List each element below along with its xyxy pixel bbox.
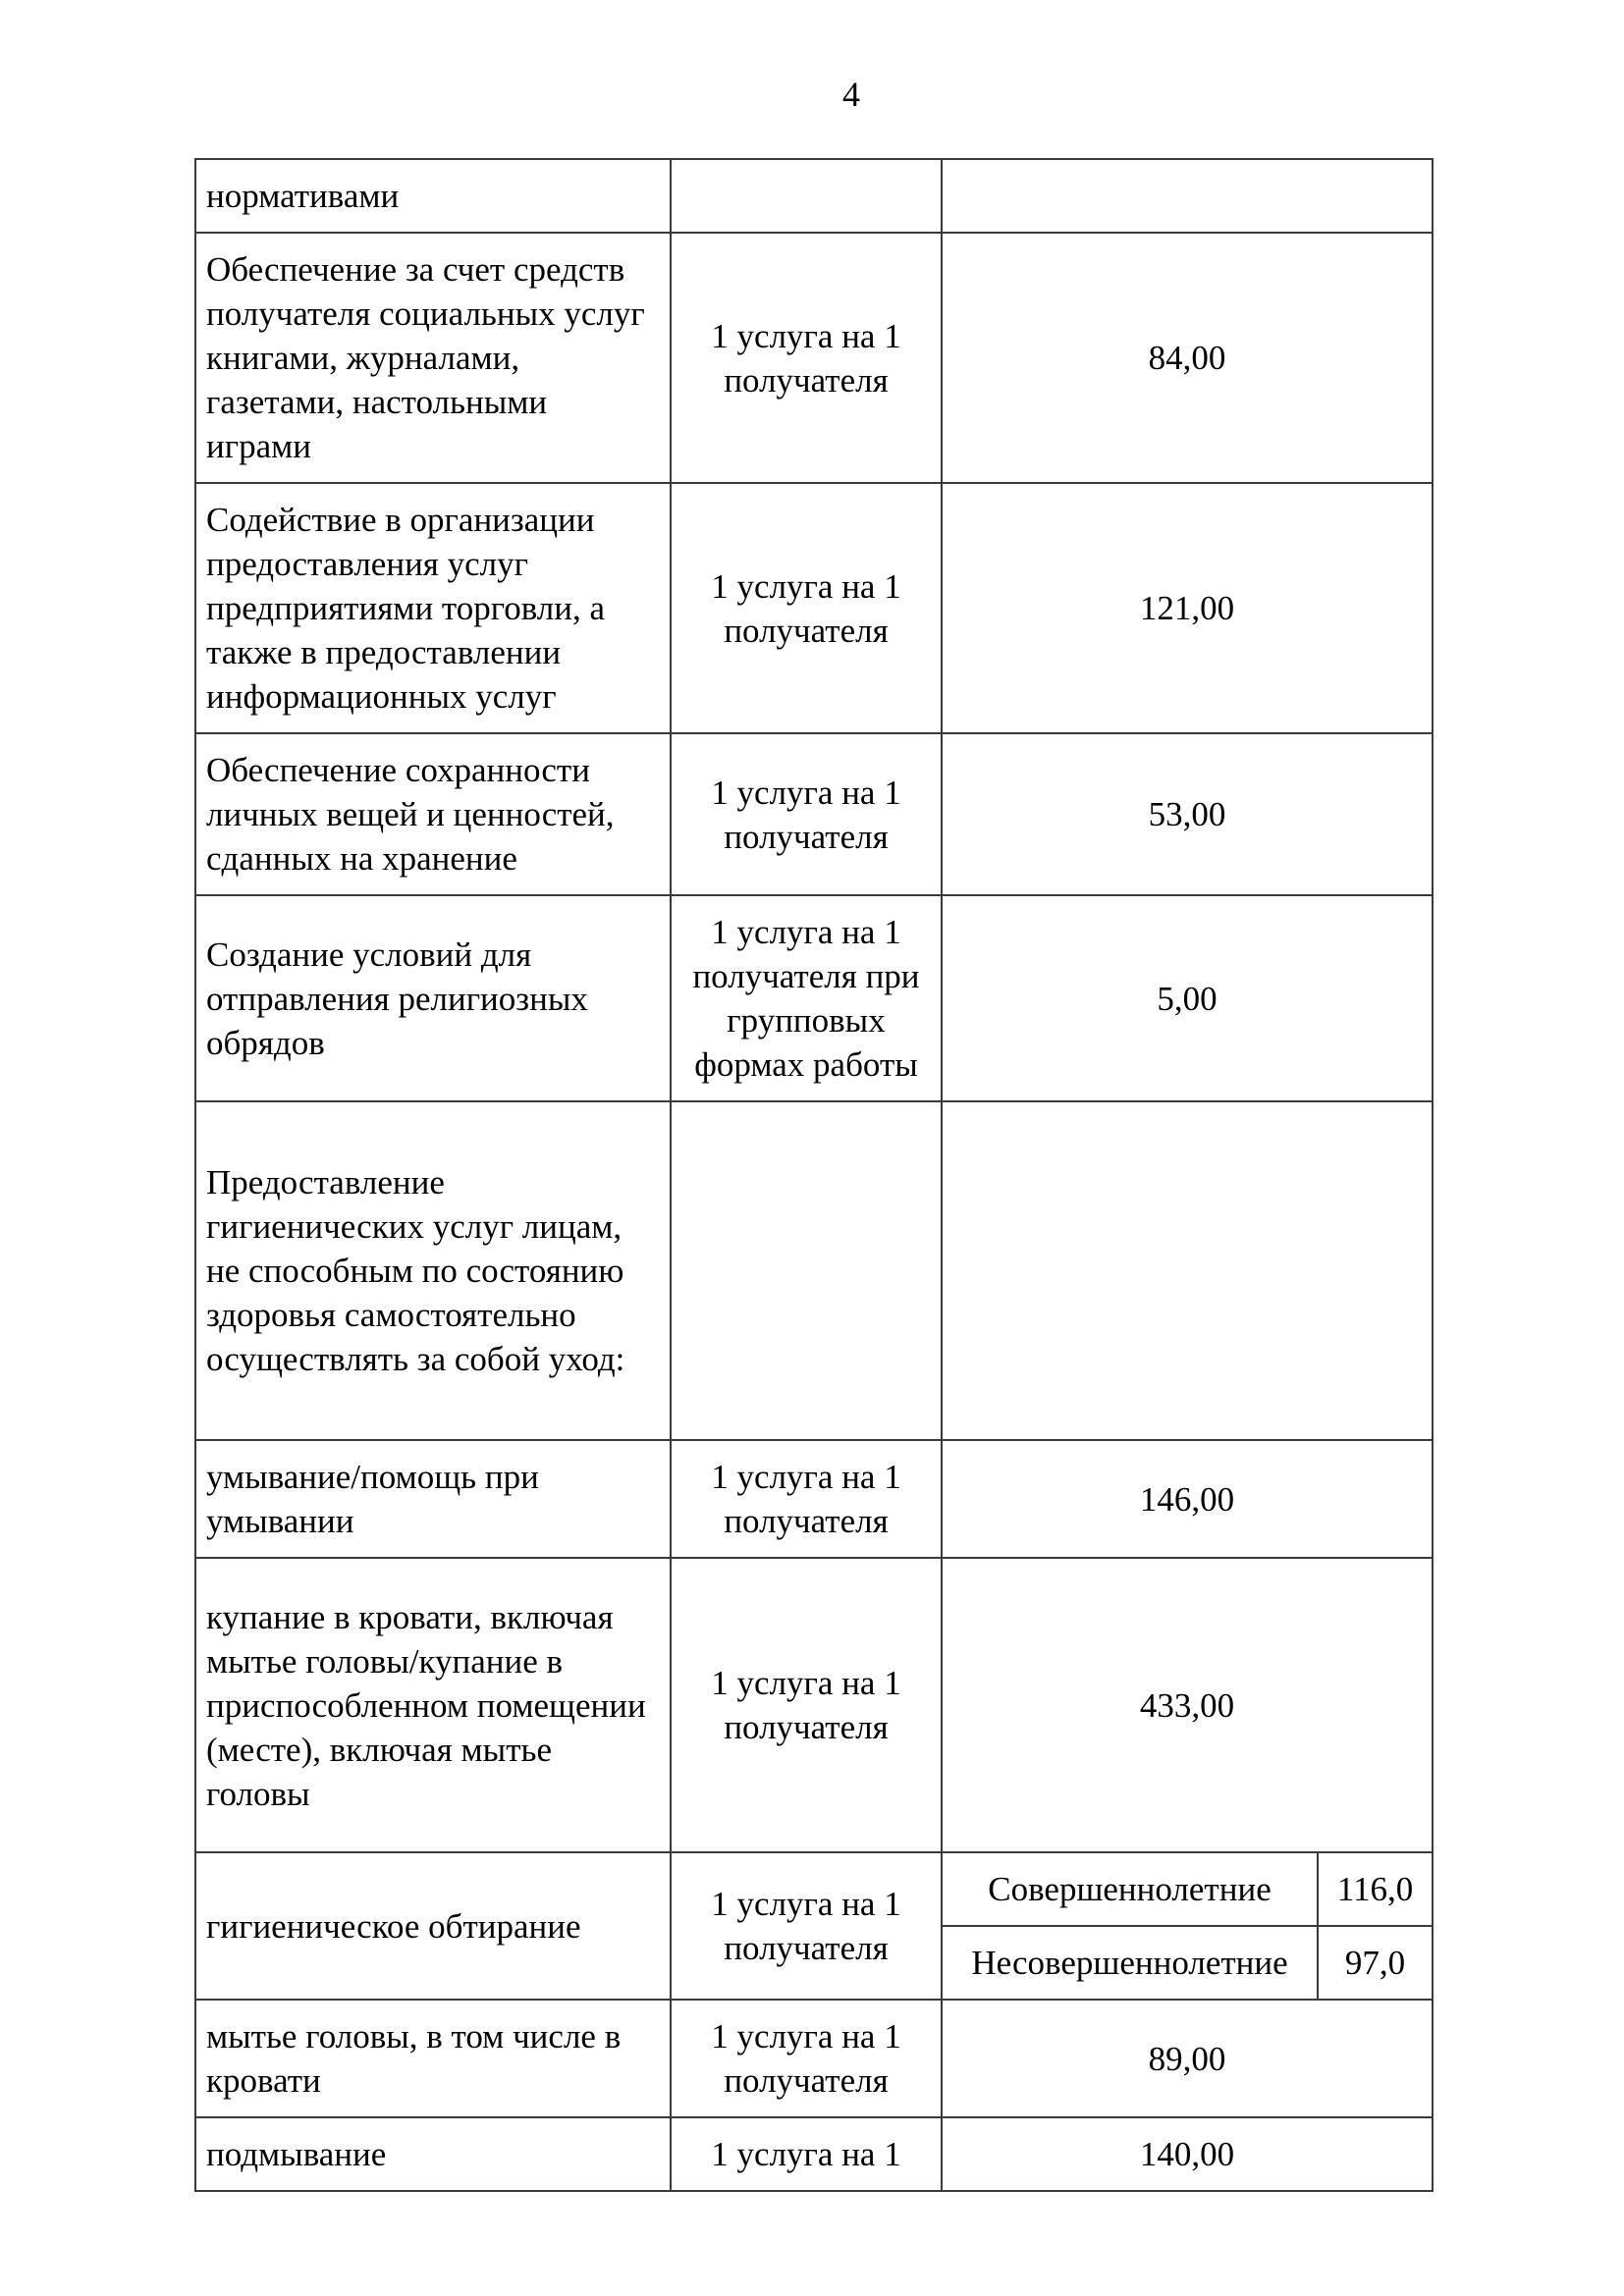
service-price — [942, 1101, 1433, 1440]
table-row: Обеспечение за счет средств получателя с… — [195, 233, 1433, 483]
service-unit: 1 услуга на 1 — [671, 2117, 942, 2191]
service-price — [942, 159, 1433, 233]
service-name: купание в кровати, включая мытье головы/… — [195, 1558, 671, 1852]
service-name: мытье головы, в том числе в кровати — [195, 2000, 671, 2117]
service-unit: 1 услуга на 1 получателя — [671, 1558, 942, 1852]
service-name: Обеспечение сохранности личных вещей и ц… — [195, 733, 671, 895]
service-name: Предоставление гигиенических услуг лицам… — [195, 1101, 671, 1440]
service-price: 5,00 — [942, 895, 1433, 1101]
category-adults: Совершеннолетние — [942, 1852, 1318, 1926]
service-name: умывание/помощь при умывании — [195, 1440, 671, 1558]
table-row: умывание/помощь при умывании 1 услуга на… — [195, 1440, 1433, 1558]
table-row: Содействие в организации предоставления … — [195, 483, 1433, 733]
service-name: гигиеническое обтирание — [195, 1852, 671, 2000]
service-price: 146,00 — [942, 1440, 1433, 1558]
service-price: 89,00 — [942, 2000, 1433, 2117]
service-unit — [671, 159, 942, 233]
service-price: 121,00 — [942, 483, 1433, 733]
table-row: Обеспечение сохранности личных вещей и ц… — [195, 733, 1433, 895]
service-name: нормативами — [195, 159, 671, 233]
service-price: 84,00 — [942, 233, 1433, 483]
service-price: 433,00 — [942, 1558, 1433, 1852]
table-row: гигиеническое обтирание 1 услуга на 1 по… — [195, 1852, 1433, 1926]
services-price-table: нормативами Обеспечение за счет средств … — [194, 158, 1434, 2192]
table-row: мытье головы, в том числе в кровати 1 ус… — [195, 2000, 1433, 2117]
price-adults: 116,0 — [1318, 1852, 1433, 1926]
page-number: 4 — [0, 69, 1624, 120]
service-unit: 1 услуга на 1 получателя — [671, 233, 942, 483]
service-name: подмывание — [195, 2117, 671, 2191]
service-unit — [671, 1101, 942, 1440]
table-row-section-header: Предоставление гигиенических услуг лицам… — [195, 1101, 1433, 1440]
service-unit: 1 услуга на 1 получателя — [671, 733, 942, 895]
price-minors: 97,0 — [1318, 1926, 1433, 2000]
table-row: нормативами — [195, 159, 1433, 233]
service-unit: 1 услуга на 1 получателя — [671, 1440, 942, 1558]
service-unit: 1 услуга на 1 получателя — [671, 483, 942, 733]
service-price: 140,00 — [942, 2117, 1433, 2191]
category-minors: Несовершеннолетние — [942, 1926, 1318, 2000]
service-unit: 1 услуга на 1 получателя — [671, 2000, 942, 2117]
table-row: Создание условий для отправления религио… — [195, 895, 1433, 1101]
table-row: подмывание 1 услуга на 1 140,00 — [195, 2117, 1433, 2191]
service-unit: 1 услуга на 1 получателя при групповых ф… — [671, 895, 942, 1101]
service-name: Содействие в организации предоставления … — [195, 483, 671, 733]
service-name: Создание условий для отправления религио… — [195, 895, 671, 1101]
service-name: Обеспечение за счет средств получателя с… — [195, 233, 671, 483]
service-unit: 1 услуга на 1 получателя — [671, 1852, 942, 2000]
service-price: 53,00 — [942, 733, 1433, 895]
table-row: купание в кровати, включая мытье головы/… — [195, 1558, 1433, 1852]
